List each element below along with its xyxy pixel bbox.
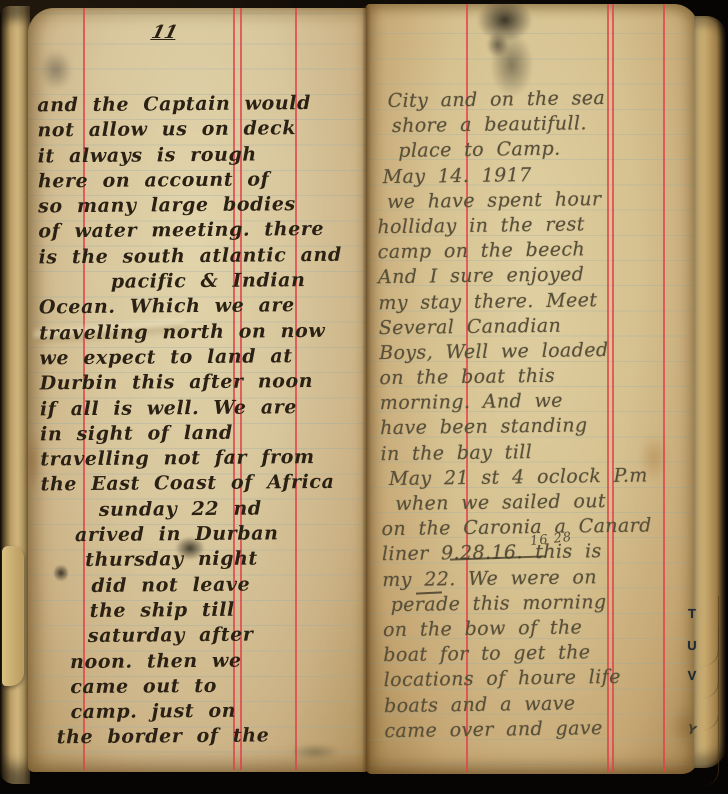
handwriting-line: in sight of land bbox=[40, 419, 362, 447]
handwriting-line: travelling not far from bbox=[40, 445, 362, 473]
handwriting-line: came out to bbox=[70, 672, 364, 700]
index-tab-letter: Y bbox=[682, 720, 702, 739]
handwriting-line: sunday 22 nd bbox=[99, 495, 363, 523]
handwriting-line: Durbin this after noon bbox=[40, 369, 362, 397]
handwriting-line: we expect to land at bbox=[39, 344, 361, 372]
handwriting-line: Ocean. Which we are bbox=[39, 293, 361, 321]
handwriting-line: if all is well. We are bbox=[40, 394, 362, 422]
handwriting-line: May 21 st 4 oclock P.m bbox=[389, 463, 693, 492]
handwriting-line: so many large bodies bbox=[38, 192, 360, 220]
handwriting-line: arived in Durban bbox=[75, 521, 363, 549]
handwriting-line: and the Captain would bbox=[37, 91, 359, 119]
stacked-page-edges-left bbox=[0, 6, 30, 784]
handwriting-line: of water meeting. there bbox=[38, 217, 360, 245]
page-number: 11 bbox=[149, 22, 179, 43]
handwriting-line: it always is rough bbox=[38, 141, 360, 169]
index-tab-letter: T bbox=[684, 606, 700, 621]
index-tab-letter: U bbox=[684, 638, 700, 653]
handwriting-line: here on account of bbox=[38, 166, 360, 194]
index-tab-column: TUVY bbox=[678, 0, 708, 794]
handwriting-line: the ship till bbox=[90, 597, 364, 625]
handwriting-line: pacific & Indian bbox=[111, 268, 361, 295]
handwriting-line: noon. then we bbox=[70, 647, 364, 675]
index-tab-letter: V bbox=[684, 668, 700, 683]
handwriting-line: saturday after bbox=[88, 622, 364, 650]
handwriting-line: came over and gave bbox=[384, 714, 696, 744]
diary-photo: 11 and the Captain wouldnot allow us on … bbox=[0, 0, 728, 794]
handwriting-line: the East Coast of Africa bbox=[40, 470, 362, 498]
handwriting-line: travelling north on now bbox=[39, 318, 361, 346]
handwriting-line: the border of the bbox=[57, 723, 365, 751]
handwriting-line: not allow us on deck bbox=[37, 116, 359, 144]
right-page-handwriting: City and on the seashore a beautifull.pl… bbox=[375, 85, 696, 744]
handwriting-line: thursday night bbox=[85, 546, 363, 574]
handwriting-line: did not leave bbox=[91, 571, 363, 599]
left-page-handwriting: and the Captain wouldnot allow us on dec… bbox=[37, 91, 365, 752]
handwriting-line: is the south atlantic and bbox=[38, 242, 360, 270]
handwriting-line: camp. just on bbox=[70, 698, 364, 726]
